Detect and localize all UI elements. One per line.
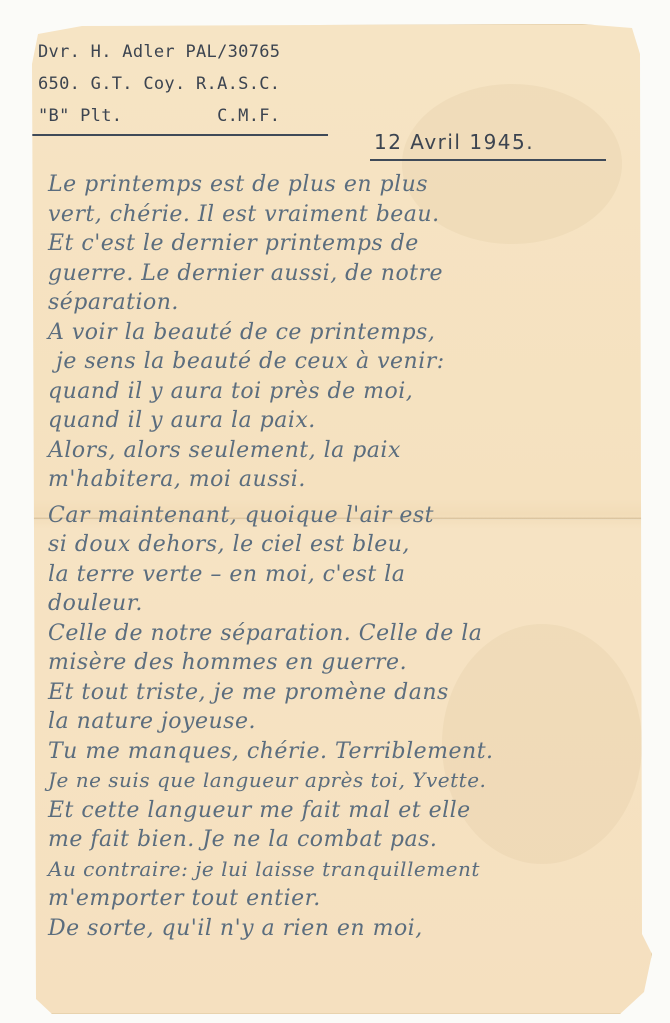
body-line: Le printemps est de plus en plus [48,174,648,204]
header-line-platoon: "B" Plt. C.M.F. [38,106,280,126]
body-line: douleur. [48,593,648,623]
body-line: Car maintenant, quoique l'air est [48,505,648,535]
letter-date: 12 Avril 1945. [374,130,534,154]
body-line: quand il y aura la paix. [48,410,648,440]
body-line: Et tout triste, je me promène dans [48,682,648,712]
letter-page: Dvr. H. Adler PAL/30765 650. G.T. Coy. R… [22,24,652,1014]
body-line: si doux dehors, le ciel est bleu, [48,534,648,564]
header-underline [32,134,328,136]
header-line-name: Dvr. H. Adler PAL/30765 [38,42,280,62]
body-line: De sorte, qu'il n'y a rien en moi, [48,918,648,948]
body-line: A voir la beauté de ce printemps, [48,322,648,352]
date-underline [370,159,606,161]
body-line: vert, chérie. Il est vraiment beau. [48,204,648,234]
body-line: séparation. [48,292,648,322]
body-line: quand il y aura toi près de moi, [48,381,648,411]
body-line: misère des hommes en guerre. [48,652,648,682]
body-line: je sens la beauté de ceux à venir: [48,351,648,381]
header-line-unit: 650. G.T. Coy. R.A.S.C. [38,74,280,94]
body-line: Je ne suis que langueur après toi, Yvett… [48,770,648,800]
body-line: Et c'est le dernier printemps de [48,233,648,263]
body-line: Alors, alors seulement, la paix [48,440,648,470]
body-line: Tu me manques, chérie. Terriblement. [48,741,648,771]
body-line: la terre verte – en moi, c'est la [48,564,648,594]
body-line: m'emporter tout entier. [48,888,648,918]
body-line: Et cette langueur me fait mal et elle [48,800,648,830]
body-line: m'habitera, moi aussi. [48,469,648,499]
body-line: la nature joyeuse. [48,711,648,741]
body-line: me fait bien. Je ne la combat pas. [48,829,648,859]
body-line: guerre. Le dernier aussi, de notre [48,263,648,293]
body-line: Au contraire: je lui laisse tranquilleme… [48,859,648,889]
body-line: Celle de notre séparation. Celle de la [48,623,648,653]
letter-body: Le printemps est de plus en plus vert, c… [48,174,648,947]
